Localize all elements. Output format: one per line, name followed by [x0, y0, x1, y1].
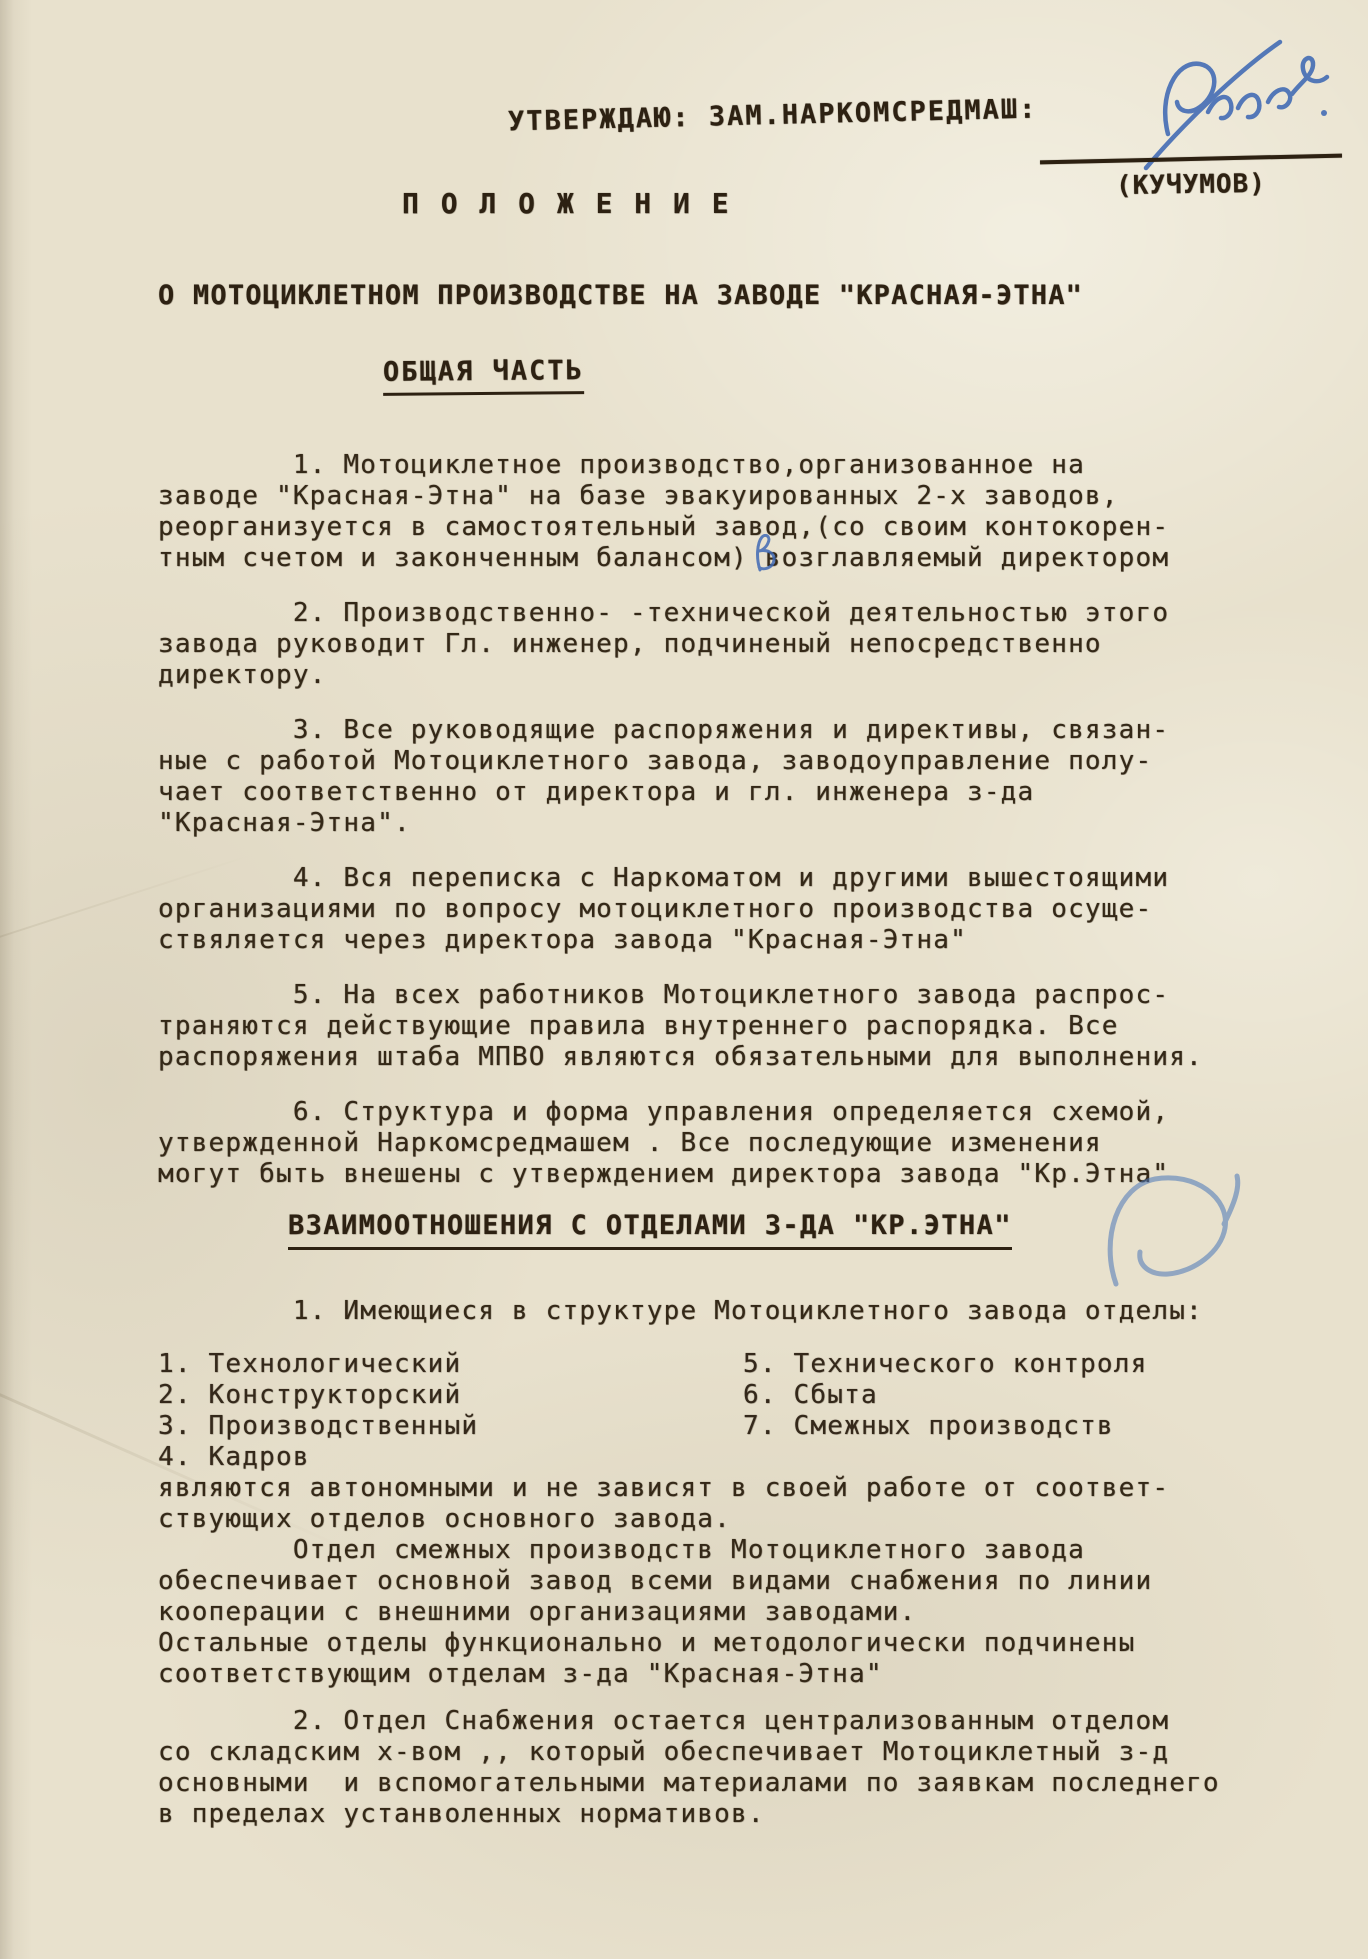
- relations-paragraph-2: 2. Отдел Снабжения остается централизова…: [158, 1706, 1298, 1830]
- section-heading-relations: ВЗАИМООТНОШЕНИЯ С ОТДЕЛАМИ З-ДА "КР.ЭТНА…: [288, 1210, 1012, 1250]
- paragraph-1: 1. Мотоциклетное производство,организова…: [158, 450, 1298, 574]
- department-item: 4. Кадров: [158, 1442, 743, 1473]
- document-title: П О Л О Ж Е Н И Е: [402, 188, 731, 219]
- approval-line: УТВЕРЖДАЮ: ЗАМ.НАРКОМСРЕДМАШ:: [508, 94, 1038, 138]
- departments-column-left: 1. Технологический 2. Конструкторский 3.…: [158, 1349, 743, 1473]
- department-item: 5. Технического контроля: [743, 1349, 1298, 1380]
- departments-column-right: 5. Технического контроля 6. Сбыта 7. Сме…: [743, 1349, 1298, 1473]
- paragraph-3: 3. Все руководящие распоряжения и директ…: [158, 715, 1298, 839]
- handwritten-correction-icon: [752, 534, 780, 574]
- signature-name: (КУЧУМОВ): [1116, 169, 1266, 202]
- departments-list: 1. Технологический 2. Конструкторский 3.…: [158, 1349, 1298, 1473]
- section-heading-general: ОБЩАЯ ЧАСТЬ: [383, 355, 584, 396]
- department-item: 3. Производственный: [158, 1411, 743, 1442]
- scanned-document: { "colors": { "paper": "#e8e1cd", "ink":…: [0, 0, 1368, 1959]
- paragraph-2: 2. Производственно- -технической деятель…: [158, 598, 1298, 691]
- blue-pencil-scribble-icon: [1098, 1162, 1253, 1297]
- relations-intro: 1. Имеющиеся в структуре Мотоциклетного …: [158, 1296, 1298, 1327]
- document-body: 1. Мотоциклетное производство,организова…: [158, 450, 1298, 1830]
- department-item: 6. Сбыта: [743, 1380, 1298, 1411]
- department-item: 7. Смежных производств: [743, 1411, 1298, 1442]
- paragraph-4: 4. Вся переписка с Наркоматом и другими …: [158, 863, 1298, 956]
- handwritten-signature-icon: [1028, 36, 1348, 171]
- department-item: 2. Конструкторский: [158, 1380, 743, 1411]
- relations-continuation: являются автономными и не зависят в свое…: [158, 1473, 1298, 1690]
- document-subtitle: О МОТОЦИКЛЕТНОМ ПРОИЗВОДСТВЕ НА ЗАВОДЕ "…: [158, 280, 1083, 311]
- paragraph-5: 5. На всех работников Мотоциклетного зав…: [158, 980, 1298, 1073]
- department-item: 1. Технологический: [158, 1349, 743, 1380]
